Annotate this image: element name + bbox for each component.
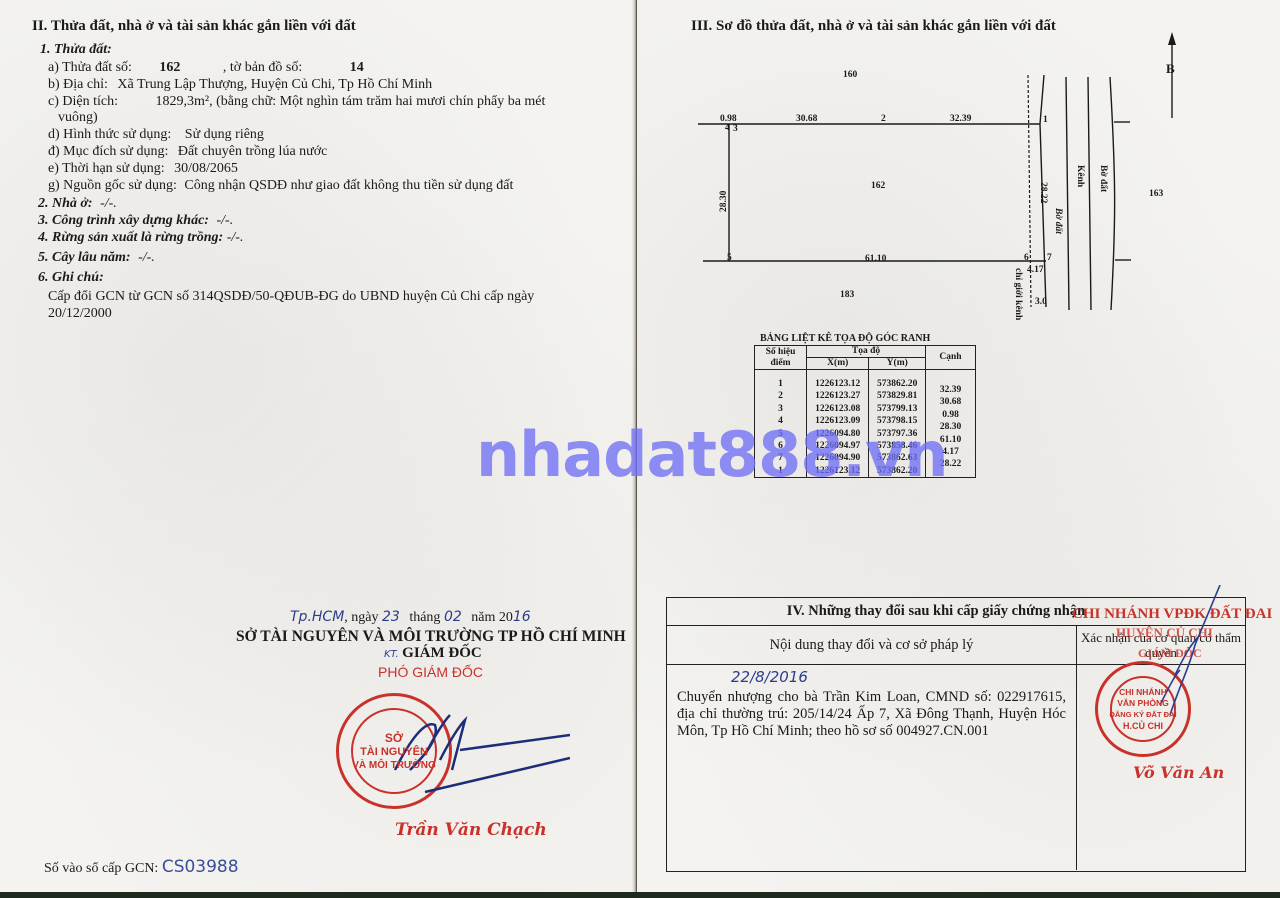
svg-text:Kênh: Kênh [1075, 165, 1085, 188]
branch-seal-line-3: ĐĂNG KÝ ĐẤT ĐAI [1109, 709, 1176, 720]
table-cell: 32.39 [928, 384, 973, 396]
entry-date-handwritten: 22/8/2016 [731, 669, 808, 686]
svg-text:5: 5 [727, 253, 732, 263]
svg-text:28.30: 28.30 [719, 190, 729, 212]
svg-text:61.10: 61.10 [865, 254, 887, 264]
svg-text:7: 7 [1047, 253, 1052, 263]
north-arrow-icon [1168, 32, 1176, 45]
table-cell: 2 [757, 390, 804, 402]
watermark: nhadat888.vn [476, 424, 948, 486]
svg-text:1: 1 [1043, 115, 1048, 125]
svg-text:B: B [1166, 61, 1175, 76]
changes-content-header: Nội dung thay đổi và cơ sở pháp lý [667, 626, 1077, 664]
col-x: X(m) [807, 358, 869, 370]
svg-text:chỉ giới kênh: chỉ giới kênh [1013, 268, 1023, 321]
branch-seal-line-1: CHI NHÁNH [1119, 687, 1167, 698]
table-cell: 573829.81 [871, 390, 923, 402]
branch-seal-line-4: H.CỦ CHI [1123, 720, 1163, 732]
table-cell: 1226123.27 [809, 390, 866, 402]
svg-text:4.17: 4.17 [1027, 265, 1044, 275]
table-cell: 1226123.12 [809, 378, 866, 390]
table-cell: 3 [757, 403, 804, 415]
table-cell: 30.68 [928, 396, 973, 408]
svg-text:3.0: 3.0 [1035, 297, 1047, 307]
coordinate-table-title: BẢNG LIỆT KÊ TỌA ĐỘ GÓC RANH [760, 333, 930, 344]
table-cell: 573862.20 [871, 378, 923, 390]
svg-text:Bờ đất: Bờ đất [1053, 207, 1064, 234]
entry-text: Chuyển nhượng cho bà Trần Kim Loan, CMND… [677, 689, 1066, 740]
signer-name-right: Võ Văn An [1133, 763, 1224, 782]
svg-text:6: 6 [1024, 253, 1029, 263]
seal-line-2: TÀI NGUYÊN [360, 745, 428, 759]
seal-line-1: SỞ [385, 731, 403, 745]
col-edge: Cạnh [926, 346, 976, 370]
svg-text:163: 163 [1149, 189, 1164, 199]
svg-text:30.68: 30.68 [796, 114, 818, 124]
table-cell: 1226123.08 [809, 403, 866, 415]
table-cell: 573799.13 [871, 403, 923, 415]
changes-entry: 22/8/2016 Chuyển nhượng cho bà Trần Kim … [667, 665, 1077, 870]
svg-text:32.39: 32.39 [950, 114, 972, 124]
col-y: Y(m) [869, 358, 926, 370]
col-point: Số hiệu điểm [755, 346, 807, 370]
col-coords: Tọa độ [807, 346, 926, 358]
svg-text:162: 162 [871, 181, 886, 191]
seal-line-3: VÀ MÔI TRƯỜNG [352, 759, 436, 772]
svg-text:4: 4 [725, 123, 730, 133]
page-bottom-edge [0, 892, 1280, 898]
table-cell: 1 [757, 378, 804, 390]
branch-seal-line-2: VĂN PHÒNG [1117, 698, 1168, 709]
svg-text:Bờ đất: Bờ đất [1098, 165, 1109, 193]
svg-text:160: 160 [843, 70, 858, 80]
svg-text:183: 183 [840, 290, 855, 300]
svg-text:28.22: 28.22 [1038, 182, 1048, 204]
svg-text:2: 2 [881, 114, 886, 124]
svg-text:3: 3 [733, 124, 738, 134]
